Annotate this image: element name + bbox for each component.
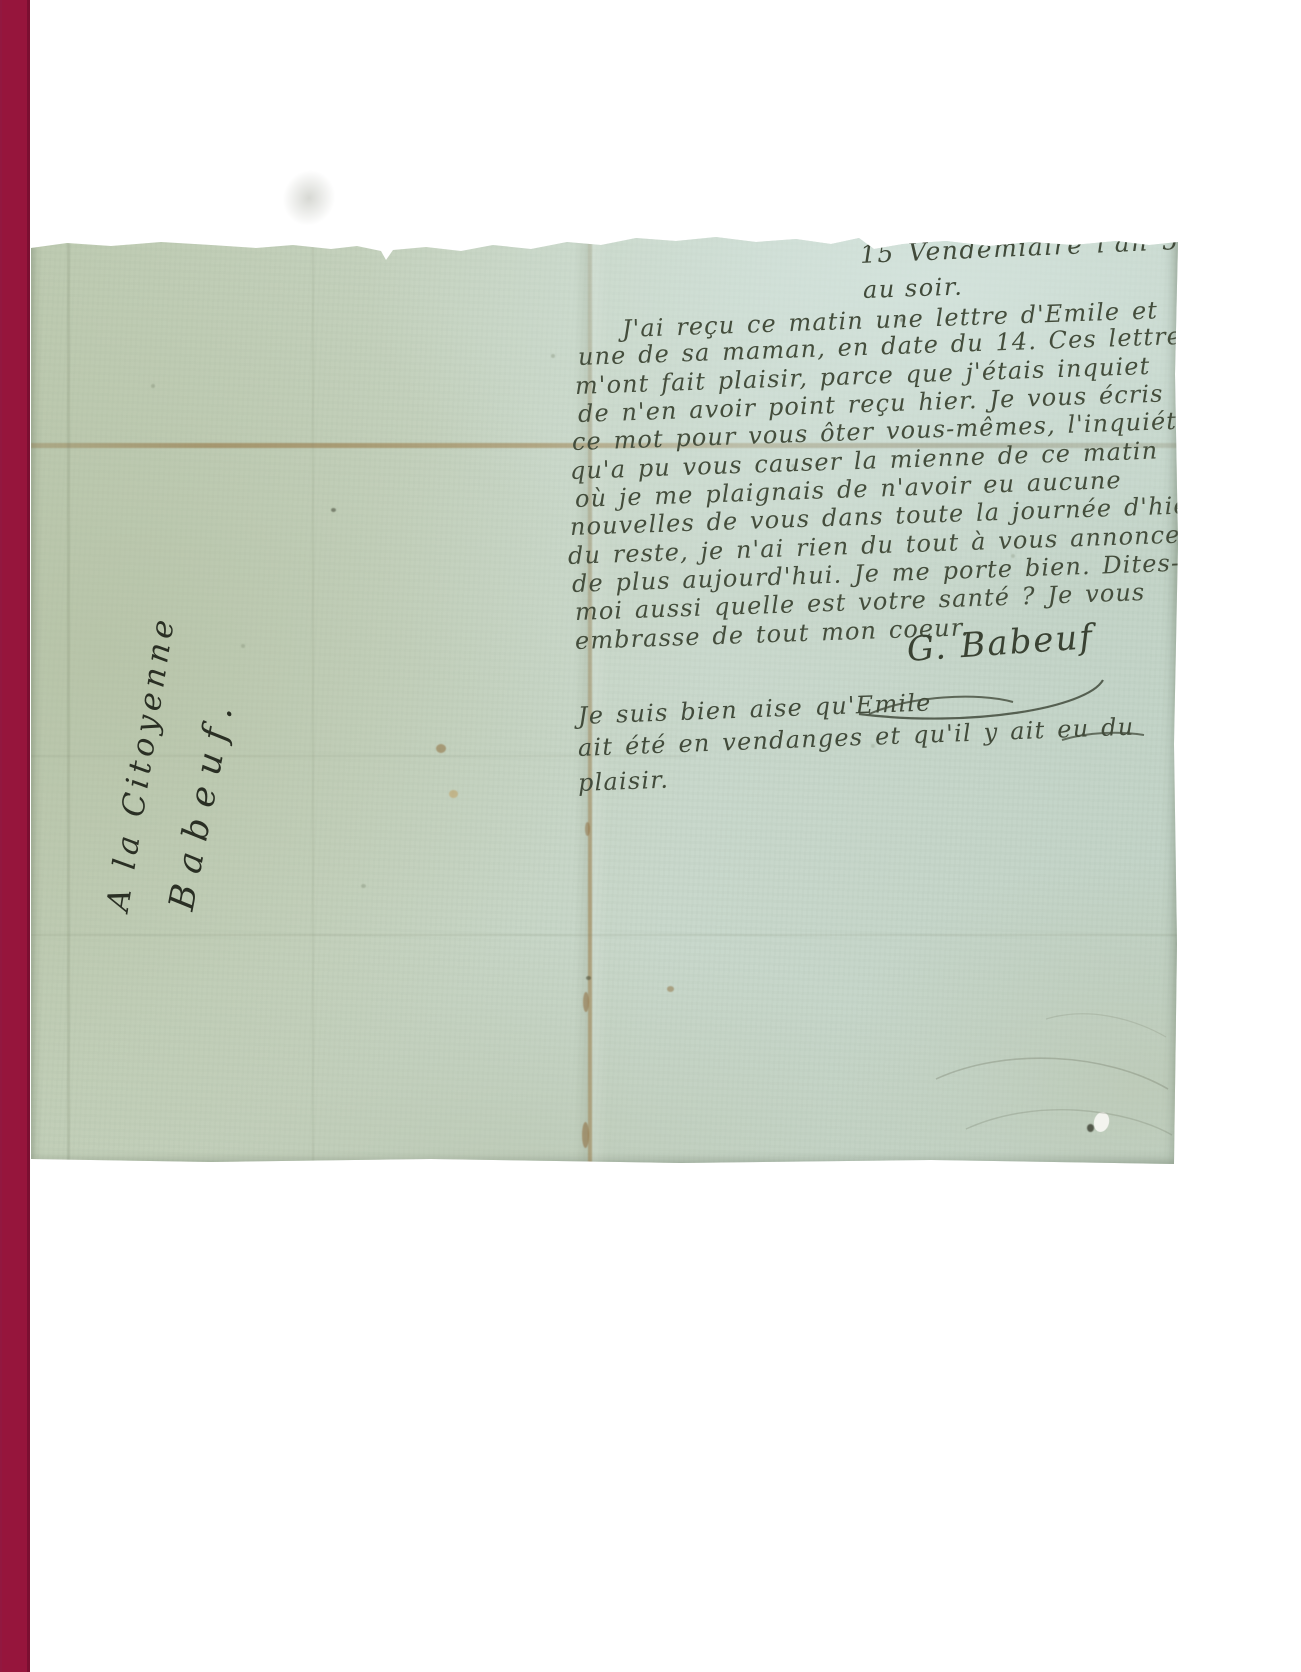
postscript-dash [1060,727,1148,745]
speck [361,884,366,888]
speck [551,354,555,358]
speck [151,384,155,388]
date-line: 15 Vendémiaire l'an 5, [859,226,1189,269]
letter-paper: 15 Vendémiaire l'an 5, au soir. J'ai reç… [31,224,1178,1164]
stain [667,986,674,992]
lower-horizontal-crease [31,934,1178,936]
speck [586,976,591,980]
speck [331,508,336,512]
fold-stain [585,822,590,836]
date-line: au soir. [863,273,964,304]
spine-bar [0,0,30,1672]
postscript-flourish [865,690,1017,722]
speck [241,644,245,648]
stain [436,744,446,753]
page: { "page": { "background_color": "#ffffff… [0,0,1301,1672]
torn-paper-wisp [274,162,343,233]
postscript-line: plaisir. [577,766,669,797]
fold-stain [583,992,589,1012]
vertical-crease [312,224,314,1164]
stain [449,790,458,798]
address-line: Babeuf. [162,691,243,914]
wrinkle-lines [926,959,1176,1159]
fold-stain [582,1122,589,1148]
left-crease [67,224,70,1164]
